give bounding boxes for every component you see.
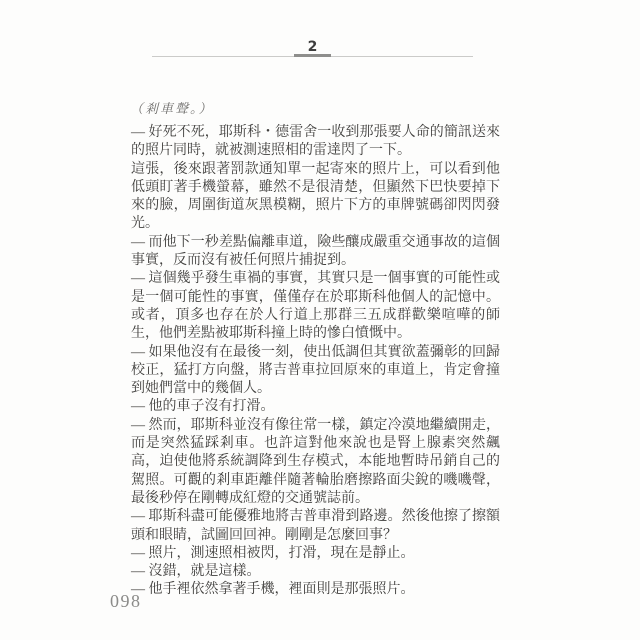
- body-paragraph: — 沒錯，就是這樣。: [131, 563, 500, 581]
- body-paragraph: — 好死不死，耶斯科・德雷舍一收到那張要人命的簡訊送來的照片同時，就被測速照相的…: [131, 124, 500, 161]
- body-paragraph: 這張，後來跟著罰款通知單一起寄來的照片上，可以看到他低頭盯著手機螢幕，雖然不是很…: [131, 161, 500, 234]
- body-paragraph: — 如果他沒有在最後一刻，使出低調但其實欲蓋彌彰的回歸校正，猛打方向盤，將吉普車…: [131, 344, 500, 399]
- body-paragraph: — 照片，測速照相被閃，打滑，現在是靜止。: [131, 545, 500, 563]
- body-paragraph: — 耶斯科盡可能優雅地將吉普車滑到路邊。然後他擦了擦額頭和眼睛，試圖回回神。剛剛…: [131, 508, 500, 545]
- body-paragraph: — 然而，耶斯科並沒有像往常一樣，鎮定冷漠地繼續開走，而是突然猛踩剎車。也許這對…: [131, 417, 500, 508]
- book-page: 2 （剎車聲。） — 好死不死，耶斯科・德雷舍一收到那張要人命的簡訊送來的照片同…: [0, 0, 640, 640]
- header-rule-tick: [294, 54, 331, 57]
- body-paragraph: — 他的車子沒有打滑。: [131, 398, 500, 416]
- chapter-number: 2: [308, 39, 318, 55]
- body-paragraph: — 這個幾乎發生車禍的事實，其實只是一個事實的可能性或是一個可能性的事實，僅僅存…: [131, 270, 500, 343]
- body-paragraph: — 他手裡依然拿著手機，裡面則是那張照片。: [131, 581, 500, 599]
- body-paragraph: — 而他下一秒差點偏離車道，險些釀成嚴重交通事故的這個事實，反而沒有被任何照片捕…: [131, 234, 500, 271]
- page-number: 098: [110, 590, 142, 612]
- body-text: — 好死不死，耶斯科・德雷舍一收到那張要人命的簡訊送來的照片同時，就被測速照相的…: [131, 124, 500, 600]
- stage-direction: （剎車聲。）: [130, 100, 214, 117]
